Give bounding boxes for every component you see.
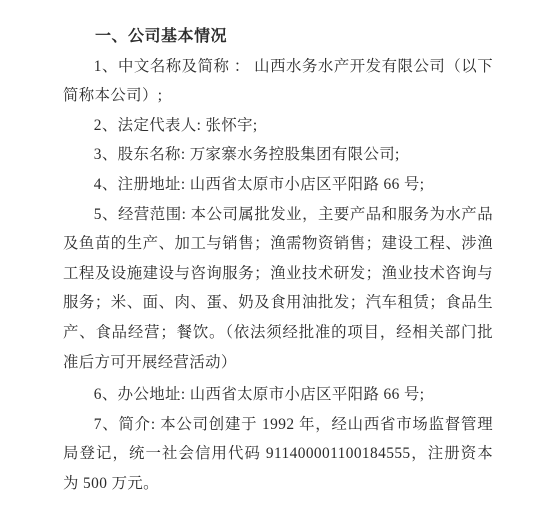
paragraph-office-address: 6、办公地址: 山西省太原市小店区平阳路 66 号; [63,380,493,410]
section-heading: 一、公司基本情况 [63,22,493,52]
paragraph-legal-representative: 2、法定代表人: 张怀宇; [63,111,493,141]
document-page: 一、公司基本情况 1、中文名称及简称 ： 山西水务水产开发有限公司（以下简称本公… [0,0,556,515]
paragraph-chinese-name: 1、中文名称及简称 ： 山西水务水产开发有限公司（以下简称本公司）; [63,52,493,111]
paragraph-shareholder-name: 3、股东名称: 万家寨水务控股集团有限公司; [63,140,493,170]
paragraph-registered-address: 4、注册地址: 山西省太原市小店区平阳路 66 号; [63,170,493,200]
paragraph-company-intro: 7、简介: 本公司创建于 1992 年，经山西省市场监督管理局登记，统一社会信用… [63,410,493,499]
paragraph-business-scope: 5、经营范围: 本公司属批发业，主要产品和服务为水产品及鱼苗的生产、加工与销售；… [63,200,493,378]
